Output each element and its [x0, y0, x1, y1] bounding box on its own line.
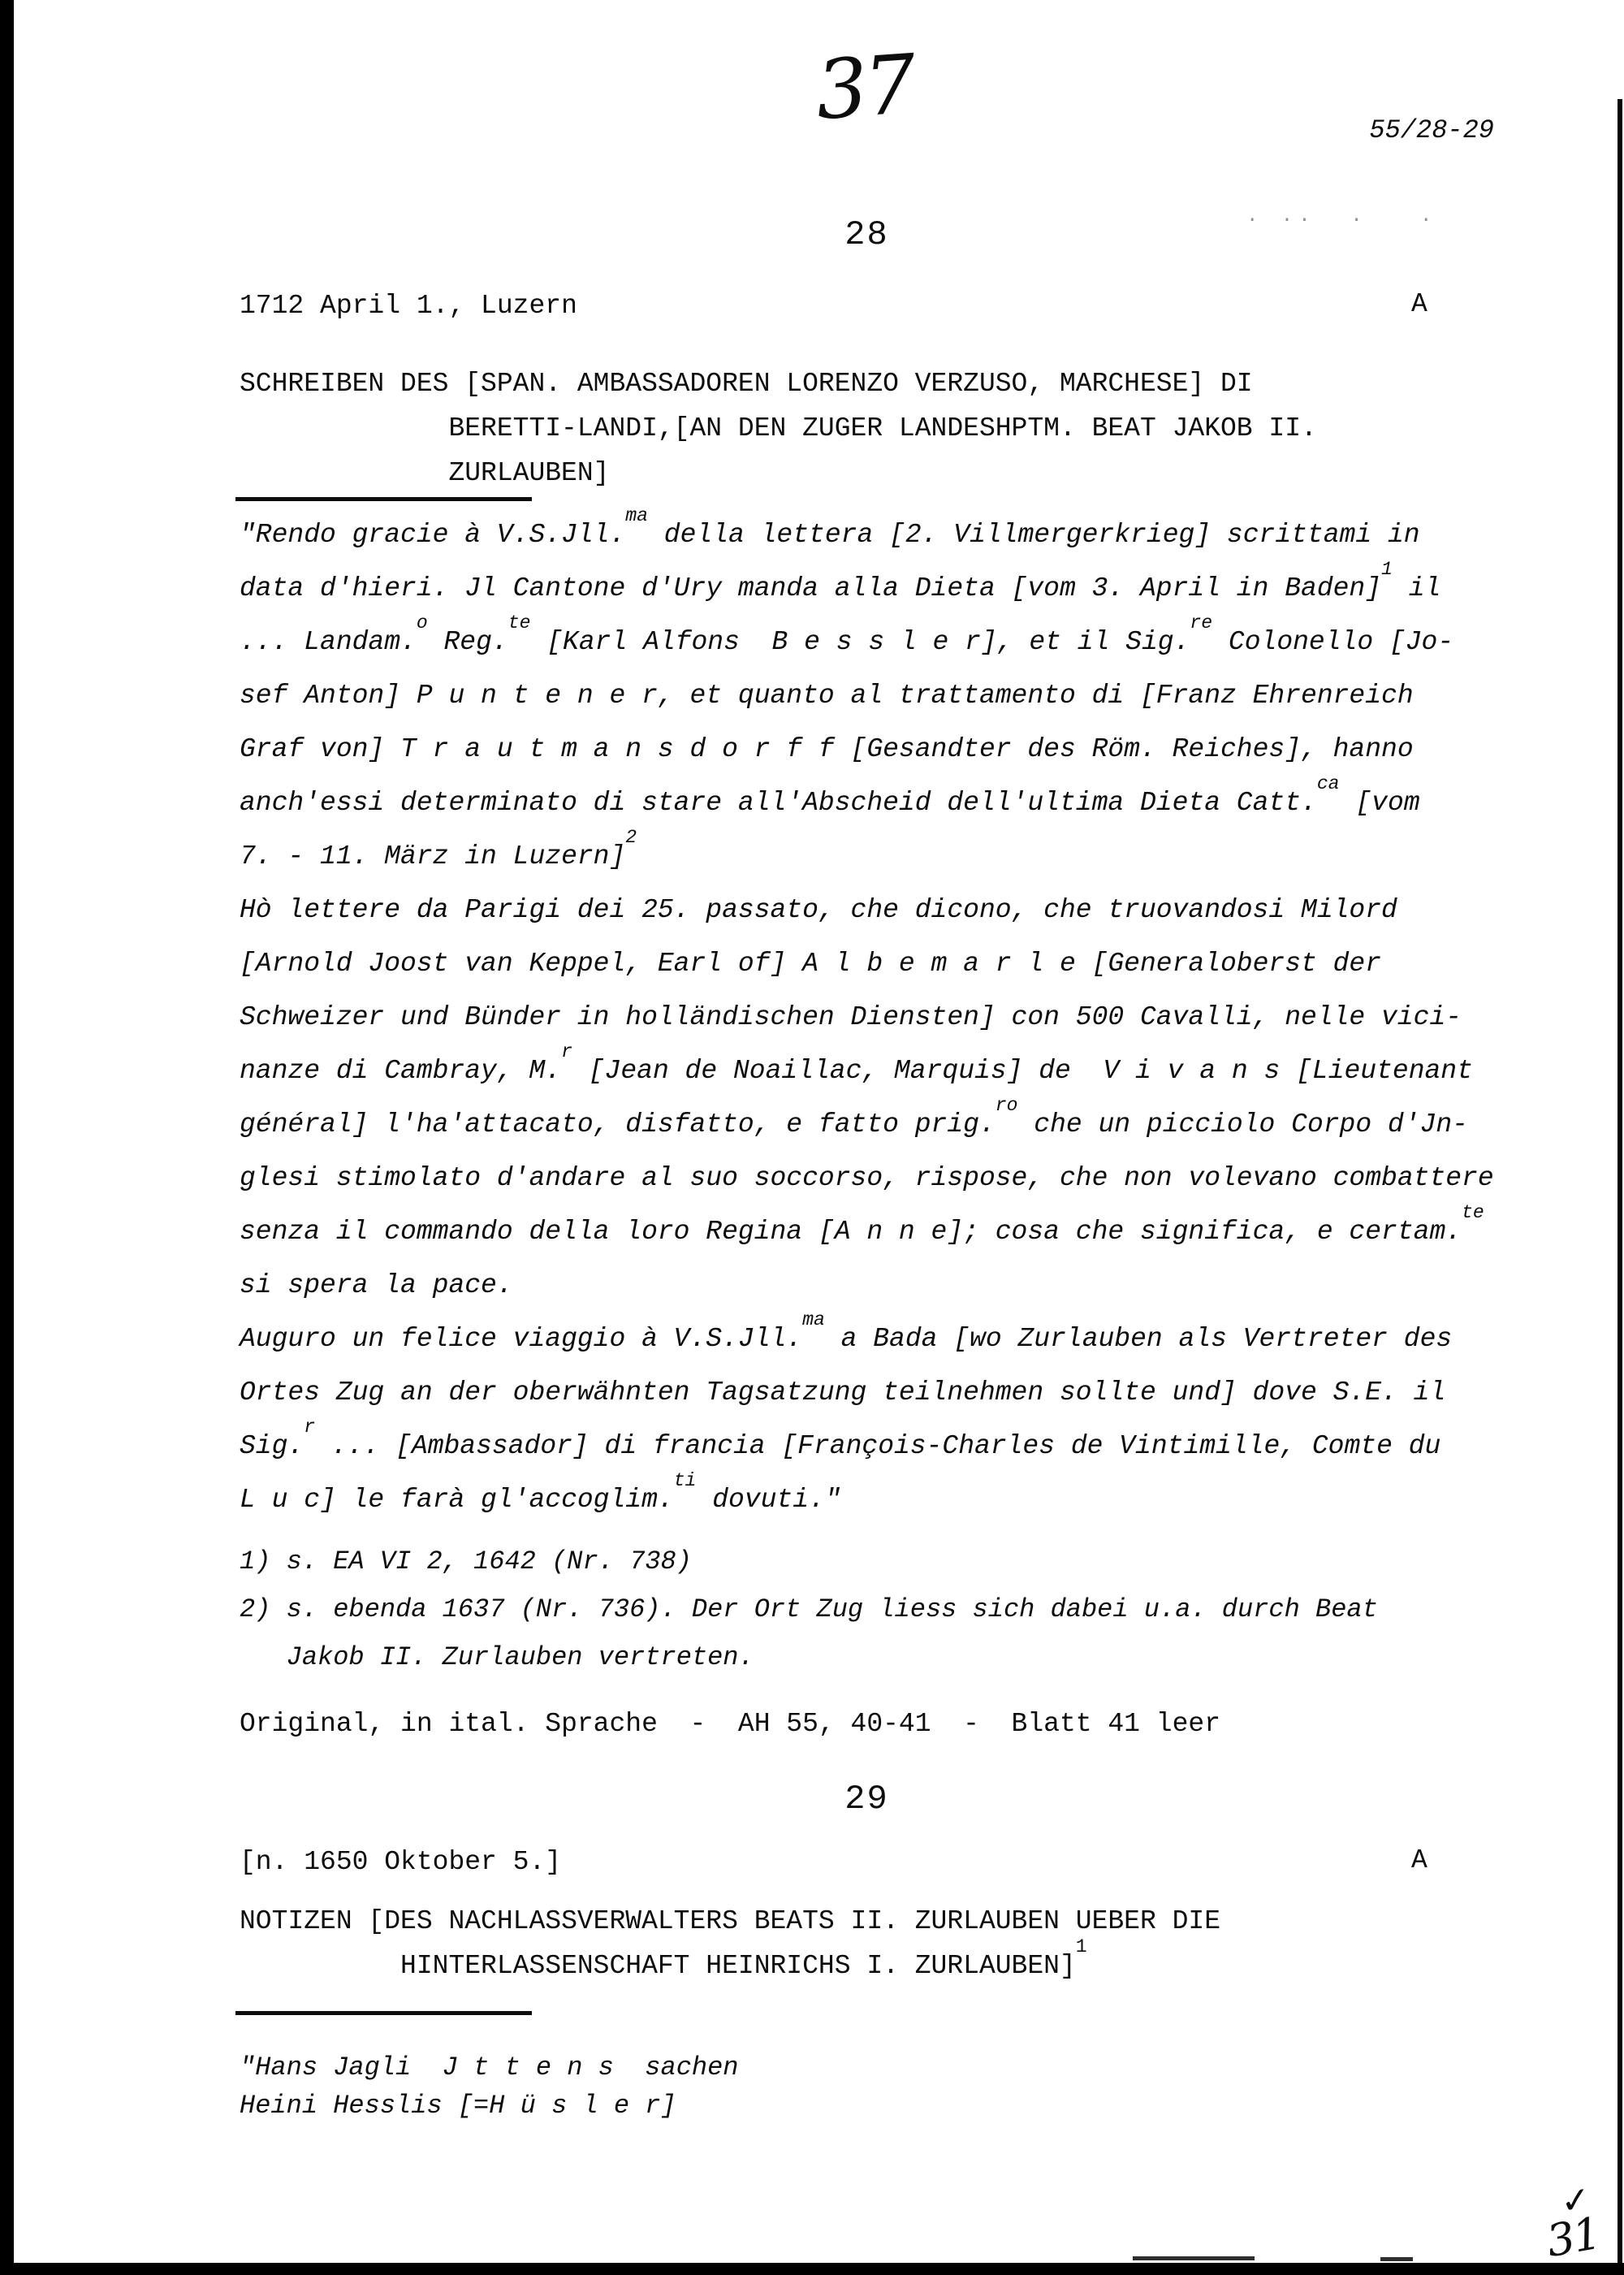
superscript: te [1462, 1202, 1484, 1223]
superscript: 1 [1076, 1936, 1087, 1957]
entry-28-footnotes: 1) s. EA VI 2, 1642 (Nr. 738)2) s. ebend… [240, 1538, 1378, 1681]
text-line: [Arnold Joost van Keppel, Earl of] A l b… [240, 937, 1494, 991]
text-line: Sig.r ... [Ambassador] di francia [Franç… [240, 1420, 1494, 1473]
entry-29-number: 29 [240, 1780, 1494, 1818]
superscript: ca [1317, 773, 1340, 794]
document-page-scan: 37 55/28-29 · ·· · · 28 1712 April 1., L… [0, 0, 1624, 2275]
superscript: ro [996, 1095, 1018, 1116]
entry-28-source-line: Original, in ital. Sprache - AH 55, 40-4… [240, 1707, 1220, 1741]
text-line: 1) s. EA VI 2, 1642 (Nr. 738) [240, 1538, 1378, 1585]
text-line: "Rendo gracie à V.S.Jll.ma della lettera… [240, 508, 1494, 562]
entry-28-number: 28 [240, 216, 1494, 253]
text-line: Hò lettere da Parigi dei 25. passato, ch… [240, 884, 1494, 937]
text-line: anch'essi determinato di stare all'Absch… [240, 776, 1494, 830]
scan-edge-smudge [1133, 2256, 1255, 2260]
scan-edge-smudge [1380, 2257, 1413, 2261]
superscript: te [508, 612, 531, 634]
text-line: glesi stimolato d'andare al suo soccorso… [240, 1152, 1494, 1205]
text-line: général] l'ha'attacato, disfatto, e fatt… [240, 1098, 1494, 1152]
entry-29-notes-text: "Hans Jagli J t t e n s sachenHeini Hess… [240, 2048, 739, 2125]
entry-28-letter-text: "Rendo gracie à V.S.Jll.ma della lettera… [240, 508, 1494, 1527]
entry-29-title: NOTIZEN [DES NACHLASSVERWALTERS BEATS II… [240, 1899, 1220, 1988]
text-line: nanze di Cambray, M.r [Jean de Noaillac,… [240, 1045, 1494, 1098]
text-line: Schweizer und Bünder in holländischen Di… [240, 991, 1494, 1045]
superscript: ti [674, 1470, 697, 1491]
text-line: si spera la pace. [240, 1259, 1494, 1313]
text-line: sef Anton] P u n t e n e r, et quanto al… [240, 669, 1494, 723]
text-line: SCHREIBEN DES [SPAN. AMBASSADOREN LORENZ… [240, 361, 1317, 406]
scan-border-bottom [0, 2263, 1624, 2275]
text-line: Heini Hesslis [=H ü s l e r] [240, 2087, 739, 2125]
entry-28-date-line: 1712 April 1., Luzern [240, 289, 577, 323]
superscript: r [561, 1041, 572, 1062]
text-line: ... Landam.o Reg.te [Karl Alfons B e s s… [240, 616, 1494, 669]
entry-28-marginal-a: A [1411, 289, 1427, 319]
separator-rule-entry-29 [235, 2011, 532, 2015]
text-line: data d'hieri. Jl Cantone d'Ury manda all… [240, 562, 1494, 616]
text-line: senza il commando della loro Regina [A n… [240, 1205, 1494, 1259]
text-line: 7. - 11. März in Luzern]2 [240, 830, 1494, 884]
superscript: 2 [625, 827, 637, 848]
text-line: BERETTI-LANDI,[AN DEN ZUGER LANDESHPTM. … [240, 406, 1317, 451]
separator-rule-entry-28 [235, 497, 532, 501]
archive-signature: 55/28-29 [1267, 115, 1494, 145]
text-line: Ortes Zug an der oberwähnten Tagsatzung … [240, 1366, 1494, 1420]
handwritten-annotation-number: 31 [1544, 2212, 1603, 2264]
text-line: "Hans Jagli J t t e n s sachen [240, 2048, 739, 2087]
text-line: NOTIZEN [DES NACHLASSVERWALTERS BEATS II… [240, 1899, 1220, 1944]
handwritten-folio-number: 37 [814, 44, 916, 132]
text-line: 2) s. ebenda 1637 (Nr. 736). Der Ort Zug… [240, 1585, 1378, 1633]
text-line: Graf von] T r a u t m a n s d o r f f [G… [240, 723, 1494, 776]
entry-28-title: SCHREIBEN DES [SPAN. AMBASSADOREN LORENZ… [240, 361, 1317, 495]
text-line: HINTERLASSENSCHAFT HEINRICHS I. ZURLAUBE… [240, 1944, 1220, 1988]
text-line: Auguro un felice viaggio à V.S.Jll.ma a … [240, 1313, 1494, 1366]
superscript: ma [802, 1309, 825, 1330]
scan-border-left [0, 0, 14, 2275]
superscript: o [417, 612, 428, 634]
text-line: L u c] le farà gl'accoglim.ti dovuti." [240, 1473, 1494, 1527]
superscript: re [1190, 612, 1212, 634]
text-line: Jakob II. Zurlauben vertreten. [240, 1633, 1378, 1681]
superscript: r [304, 1416, 315, 1438]
superscript: ma [625, 505, 648, 526]
scan-border-right [1618, 99, 1622, 2275]
superscript: 1 [1381, 559, 1393, 580]
entry-29-date-line: [n. 1650 Oktober 5.] [240, 1845, 561, 1879]
text-line: ZURLAUBEN] [240, 451, 1317, 495]
entry-29-marginal-a: A [1411, 1845, 1427, 1875]
